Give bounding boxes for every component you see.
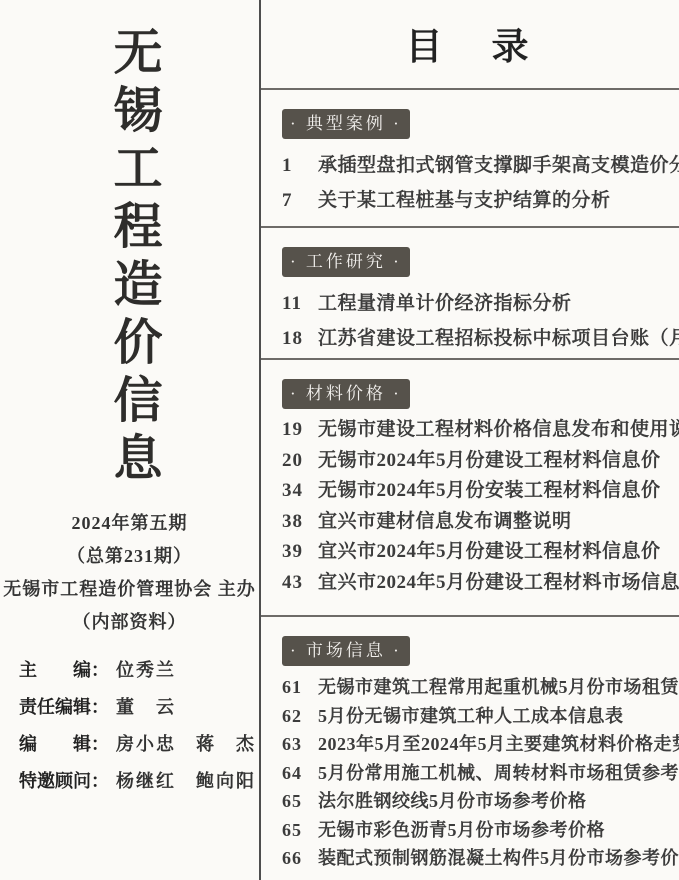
chief-editor-label: 主 编： [19,660,109,680]
toc-entry-title: 无锡市2024年5月份建设工程材料信息价 [318,446,661,477]
toc-entry-page: 39 [282,537,318,568]
toc-entry-title: 5月份无锡市建筑工种人工成本信息表 [318,702,624,731]
toc-entry-page: 20 [282,446,318,477]
toc-entry: 7 关于某工程桩基与支护结算的分析 [282,183,679,218]
section-badge-market-information: · 市场信息 · [282,636,410,666]
chief-editor-row: 主 编：位秀兰 [19,652,251,689]
toc-title: 目 录 [261,16,679,70]
toc-section-typical-cases: · 典型案例 · 1 承插型盘扣式钢管支撑脚手架高支模造价分析 7 关于某工程桩… [261,88,679,226]
toc-entry-page: 65 [282,816,318,845]
toc-entry-page: 1 [282,148,318,183]
toc-entry-page: 62 [282,702,318,731]
toc-entry: 19 无锡市建设工程材料价格信息发布和使用说明 [282,415,679,446]
invited-advisor-names: 杨继红 鲍向阳 [116,771,256,792]
issue-info: 2024年第五期 （总第231期） 无锡市工程造价管理协会 主办 （内部资料） [0,507,259,639]
editor-row: 编 辑：房小忠 蒋 杰 [19,726,251,763]
toc-entry: 64 5月份常用施工机械、周转材料市场租赁参考价格 [282,759,679,788]
issue-period: 2024年第五期 [0,507,259,540]
toc-entry: 34 无锡市2024年5月份安装工程材料信息价 [282,476,679,507]
issue-total-number: （总第231期） [0,540,259,573]
toc-entry: 61 无锡市建筑工程常用起重机械5月份市场租赁参考价 [282,673,679,702]
toc-entry-page: 11 [282,286,318,321]
toc-entry: 20 无锡市2024年5月份建设工程材料信息价 [282,446,679,477]
responsible-editor-names: 董 云 [116,697,176,718]
toc-entry: 38 宜兴市建材信息发布调整说明 [282,507,679,538]
toc-entry: 65 法尔胜钢绞线5月份市场参考价格 [282,787,679,816]
toc-entries: 1 承插型盘扣式钢管支撑脚手架高支模造价分析 7 关于某工程桩基与支护结算的分析 [282,148,679,218]
toc-entry: 11 工程量清单计价经济指标分析 [282,286,679,321]
toc-entry-title: 无锡市2024年5月份安装工程材料信息价 [318,476,661,507]
editorial-staff: 主 编：位秀兰 责任编辑：董 云 编 辑：房小忠 蒋 杰 特邀顾问：杨继红 鲍向… [19,652,251,800]
toc-entry-title: 无锡市建设工程材料价格信息发布和使用说明 [318,415,679,446]
toc-entry-title: 无锡市建筑工程常用起重机械5月份市场租赁参考价 [318,673,679,702]
toc-entry: 65 无锡市彩色沥青5月份市场参考价格 [282,816,679,845]
publisher-line: 无锡市工程造价管理协会 主办 [0,573,259,606]
toc-entry-title: 宜兴市2024年5月份建设工程材料市场信息价 [318,568,679,599]
internal-material-note: （内部资料） [0,606,259,639]
section-badge-work-research: · 工作研究 · [282,247,410,277]
invited-advisor-label: 特邀顾问： [19,771,109,791]
toc-entry: 43 宜兴市2024年5月份建设工程材料市场信息价 [282,568,679,599]
toc-entry-title: 无锡市彩色沥青5月份市场参考价格 [318,816,605,845]
toc-entry: 62 5月份无锡市建筑工种人工成本信息表 [282,702,679,731]
toc-entries: 19 无锡市建设工程材料价格信息发布和使用说明 20 无锡市2024年5月份建设… [282,415,679,598]
magazine-title-calligraphy: 无锡工程造价信息 [100,26,170,496]
toc-entry-title: 关于某工程桩基与支护结算的分析 [318,183,611,218]
toc-entry-title: 5月份常用施工机械、周转材料市场租赁参考价格 [318,759,679,788]
toc-entry-page: 61 [282,673,318,702]
toc-entry-page: 7 [282,183,318,218]
toc-entry: 63 2023年5月至2024年5月主要建筑材料价格走势 [282,730,679,759]
toc-entry-page: 66 [282,844,318,873]
responsible-editor-row: 责任编辑：董 云 [19,689,251,726]
section-badge-typical-cases: · 典型案例 · [282,109,410,139]
toc-entry-title: 承插型盘扣式钢管支撑脚手架高支模造价分析 [318,148,679,183]
toc-column: 目 录 · 典型案例 · 1 承插型盘扣式钢管支撑脚手架高支模造价分析 7 关于… [261,0,679,880]
magazine-toc-page: 无锡工程造价信息 2024年第五期 （总第231期） 无锡市工程造价管理协会 主… [0,0,679,880]
toc-entry-page: 34 [282,476,318,507]
toc-entry-page: 18 [282,321,318,356]
toc-entry-page: 63 [282,730,318,759]
section-badge-material-prices: · 材料价格 · [282,379,410,409]
toc-entry-title: 宜兴市2024年5月份建设工程材料信息价 [318,537,661,568]
toc-entry-page: 43 [282,568,318,599]
toc-entries: 11 工程量清单计价经济指标分析 18 江苏省建设工程招标投标中标项目台账（月报… [282,286,679,356]
toc-entries: 61 无锡市建筑工程常用起重机械5月份市场租赁参考价 62 5月份无锡市建筑工种… [282,673,679,873]
toc-entry: 18 江苏省建设工程招标投标中标项目台账（月报表） [282,321,679,356]
toc-entry: 39 宜兴市2024年5月份建设工程材料信息价 [282,537,679,568]
toc-section-market-information: · 市场信息 · 61 无锡市建筑工程常用起重机械5月份市场租赁参考价 62 5… [261,615,679,880]
toc-entry-title: 宜兴市建材信息发布调整说明 [318,507,572,538]
toc-entry-title: 法尔胜钢绞线5月份市场参考价格 [318,787,587,816]
editor-label: 编 辑： [19,734,109,754]
invited-advisor-row: 特邀顾问：杨继红 鲍向阳 [19,763,251,800]
toc-entry-title: 工程量清单计价经济指标分析 [318,286,572,321]
toc-entry-title: 江苏省建设工程招标投标中标项目台账（月报表） [318,321,679,356]
toc-section-material-prices: · 材料价格 · 19 无锡市建设工程材料价格信息发布和使用说明 20 无锡市2… [261,358,679,615]
toc-entry-page: 65 [282,787,318,816]
chief-editor-names: 位秀兰 [116,660,176,681]
toc-entry-page: 19 [282,415,318,446]
masthead-column: 无锡工程造价信息 2024年第五期 （总第231期） 无锡市工程造价管理协会 主… [0,0,259,880]
editor-names: 房小忠 蒋 杰 [116,734,256,755]
toc-section-work-research: · 工作研究 · 11 工程量清单计价经济指标分析 18 江苏省建设工程招标投标… [261,226,679,358]
toc-entry: 66 装配式预制钢筋混凝土构件5月份市场参考价格 [282,844,679,873]
toc-entry-page: 38 [282,507,318,538]
toc-entry-title: 2023年5月至2024年5月主要建筑材料价格走势 [318,730,679,759]
responsible-editor-label: 责任编辑： [19,697,109,717]
toc-entry-title: 装配式预制钢筋混凝土构件5月份市场参考价格 [318,844,679,873]
toc-entry-page: 64 [282,759,318,788]
toc-entry: 1 承插型盘扣式钢管支撑脚手架高支模造价分析 [282,148,679,183]
